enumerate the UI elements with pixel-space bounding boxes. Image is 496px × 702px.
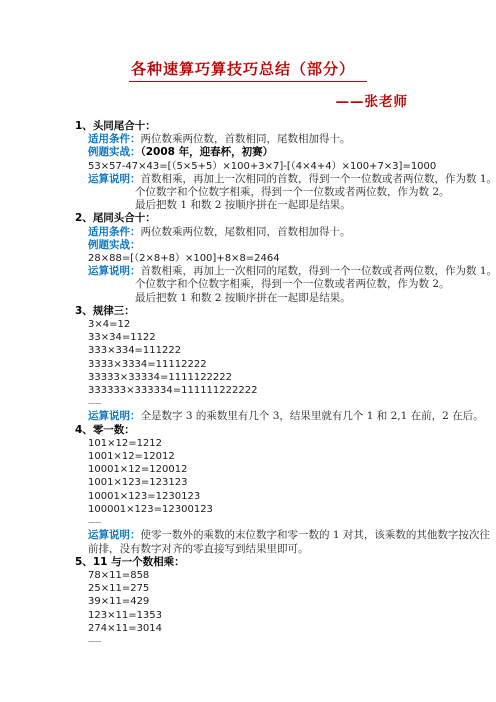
equation-line: 10001×123=1230123: [0, 490, 496, 503]
equation-line: 33×34=1122: [0, 331, 496, 344]
equation-line: 3×4=12: [0, 318, 496, 331]
explain-label: 运算说明：: [88, 173, 141, 185]
section-1-header: 1、头同尾合十：: [0, 120, 496, 133]
equation-line: 100001×123=12300123: [0, 503, 496, 516]
example-note: （2008 年，迎春杯，初赛）: [141, 146, 274, 158]
section-number: 2、: [75, 212, 93, 225]
equation-line: 123×11=1353: [0, 609, 496, 622]
equation-line: 333333×333334=111111222222: [0, 384, 496, 397]
section-number: 3、: [75, 305, 93, 318]
equation-line: 53×57-47×43=[（5×5+5）×100+3×7]-[（4×4+4）×1…: [0, 160, 496, 173]
equation-line: 333×334=111222: [0, 344, 496, 357]
explain-text: 全是数字 3 的乘数里有几个 3，结果里就有几个 1 和 2,1 在前，2 在后…: [141, 410, 484, 422]
section-2-explain-3: 最后把数 1 和数 2 按顺序拼在一起即是结果。: [0, 292, 496, 305]
section-number: 5、: [75, 556, 93, 569]
explain-label: 运算说明：: [88, 265, 141, 277]
equation-line: 33333×33334=1111122222: [0, 371, 496, 384]
ellipsis-mark: ——: [0, 397, 496, 410]
section-1-example: 例题实战：（2008 年，迎春杯，初赛）: [0, 146, 496, 159]
explain-text: 首数相乘，再加上一次相同的首数，得到一个一位数或者两位数，作为数 1。: [141, 173, 496, 185]
explain-text: 使零一数外的乘数的末位数字和零一数的 1 对其，该乘数的其他数字按次往: [141, 529, 490, 541]
example-label: 例题实战：: [88, 146, 141, 158]
section-2-explain-1: 运算说明：首数相乘，再加上一次相同的尾数，得到一个一位数或者两位数，作为数 1。: [0, 265, 496, 278]
equation-line: 78×11=858: [0, 569, 496, 582]
ellipsis-mark: ——: [0, 516, 496, 529]
section-2-example: 例题实战：: [0, 239, 496, 252]
equation-line: 10001×12=120012: [0, 463, 496, 476]
section-title: 规律三：: [93, 305, 135, 317]
section-4-explain-1: 运算说明：使零一数外的乘数的末位数字和零一数的 1 对其，该乘数的其他数字按次往: [0, 529, 496, 542]
section-5-header: 5、11 与一个数相乘：: [0, 556, 496, 569]
section-1-explain-1: 运算说明：首数相乘，再加上一次相同的首数，得到一个一位数或者两位数，作为数 1。: [0, 173, 496, 186]
explain-label: 运算说明：: [88, 410, 141, 422]
section-number: 1、: [75, 120, 93, 133]
equation-line: 274×11=3014: [0, 622, 496, 635]
section-title: 头同尾合十：: [93, 120, 156, 132]
explain-label: 运算说明：: [88, 529, 141, 541]
author-line: ——张老师: [0, 82, 496, 110]
explain-text: 首数相乘，再加上一次相同的尾数，得到一个一位数或者两位数，作为数 1。: [141, 265, 496, 277]
equation-line: 101×12=1212: [0, 437, 496, 450]
section-title: 11 与一个数相乘：: [93, 556, 185, 568]
section-title: 零一数：: [93, 424, 135, 436]
section-1-explain-3: 最后把数 1 和数 2 按顺序拼在一起即是结果。: [0, 199, 496, 212]
equation-line: 28×88=[（2×8+8）×100]+8×8=2464: [0, 252, 496, 265]
equation-line: 1001×12=12012: [0, 450, 496, 463]
condition-label: 适用条件：: [88, 226, 141, 238]
condition-label: 适用条件：: [88, 133, 141, 145]
equation-line: 25×11=275: [0, 582, 496, 595]
section-number: 4、: [75, 424, 93, 437]
section-3-header: 3、规律三：: [0, 305, 496, 318]
document-page: 各种速算巧算技巧总结（部分） ——张老师 1、头同尾合十： 适用条件：两位数乘两…: [0, 0, 496, 702]
equation-line: 1001×123=123123: [0, 476, 496, 489]
ellipsis-mark: ——: [0, 635, 496, 648]
equation-line: 39×11=429: [0, 595, 496, 608]
section-3-explain-1: 运算说明：全是数字 3 的乘数里有几个 3，结果里就有几个 1 和 2,1 在前…: [0, 410, 496, 423]
section-4-header: 4、零一数：: [0, 424, 496, 437]
section-2-explain-2: 个位数字和个位数字相乘，得到一个一位数或者两位数，作为数 2。: [0, 278, 496, 291]
condition-text: 两位数乘两位数，尾数相同，首数相加得十。: [141, 226, 351, 238]
condition-text: 两位数乘两位数，首数相同，尾数相加得十。: [141, 133, 351, 145]
section-1-condition: 适用条件：两位数乘两位数，首数相同，尾数相加得十。: [0, 133, 496, 146]
equation-line: 3333×3334=11112222: [0, 358, 496, 371]
document-body: 1、头同尾合十： 适用条件：两位数乘两位数，首数相同，尾数相加得十。 例题实战：…: [0, 120, 496, 648]
title-row: 各种速算巧算技巧总结（部分）: [0, 0, 496, 82]
section-1-explain-2: 个位数字和个位数字相乘，得到一个一位数或者两位数，作为数 2。: [0, 186, 496, 199]
example-label: 例题实战：: [88, 239, 141, 251]
page-title: 各种速算巧算技巧总结（部分）: [129, 58, 367, 82]
section-2-condition: 适用条件：两位数乘两位数，尾数相同，首数相加得十。: [0, 226, 496, 239]
section-2-header: 2、尾同头合十：: [0, 212, 496, 225]
section-title: 尾同头合十：: [93, 212, 156, 224]
section-4-explain-2: 前排，没有数字对齐的零直接写到结果里即可。: [0, 543, 496, 556]
